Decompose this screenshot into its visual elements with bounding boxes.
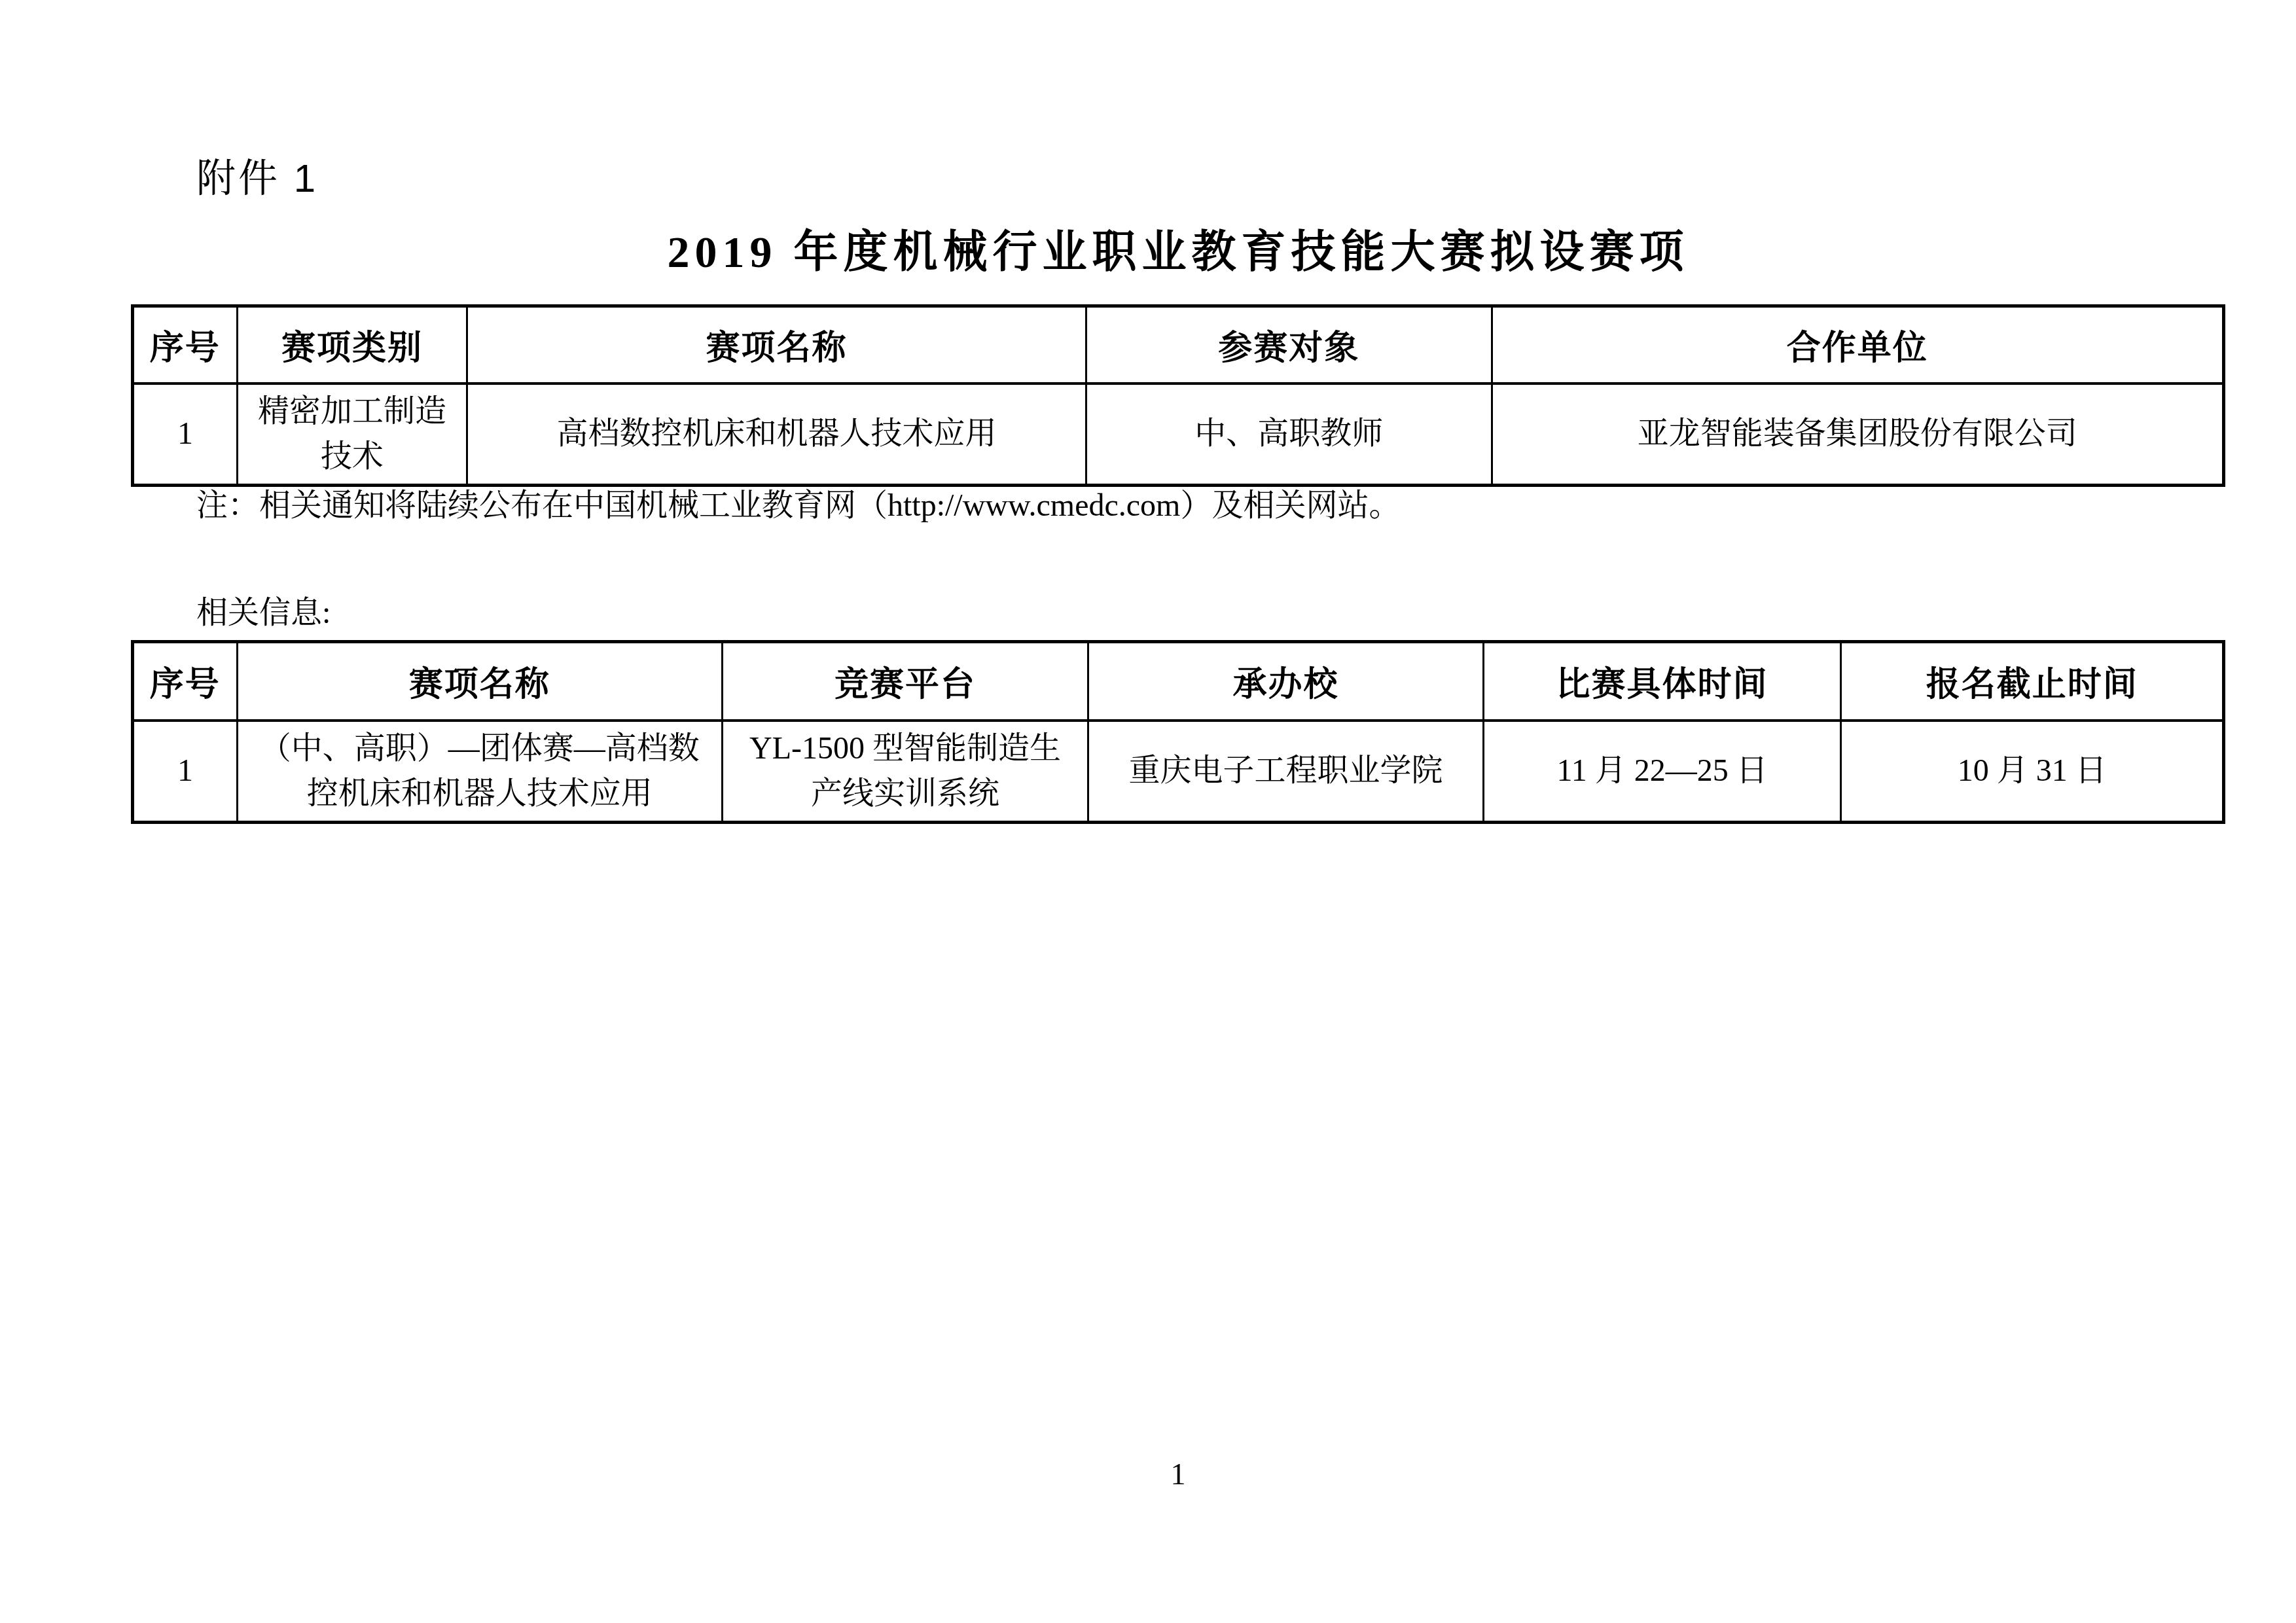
events-table-header-row: 序号 赛项类别 赛项名称 参赛对象 合作单位 — [133, 306, 2224, 383]
events-cell-index: 1 — [133, 383, 238, 486]
document-title: 2019 年度机械行业职业教育技能大赛拟设赛项 — [131, 228, 2225, 277]
note-text: 注：相关通知将陆续公布在中国机械工业教育网（http://www.cmedc.c… — [196, 486, 2225, 526]
events-header-index: 序号 — [133, 306, 238, 383]
events-table-row: 1 精密加工制造 技术 高档数控机床和机器人技术应用 中、高职教师 亚龙智能装备… — [133, 383, 2224, 486]
events-header-partner: 合作单位 — [1492, 306, 2223, 383]
info-header-event-name: 赛项名称 — [237, 642, 722, 721]
events-header-participants: 参赛对象 — [1086, 306, 1492, 383]
events-cell-participants: 中、高职教师 — [1086, 383, 1492, 486]
related-info-label: 相关信息: — [196, 593, 331, 633]
info-cell-registration-deadline: 10 月 31 日 — [1841, 721, 2224, 823]
info-cell-index: 1 — [133, 721, 238, 823]
events-table: 序号 赛项类别 赛项名称 参赛对象 合作单位 1 精密加工制造 技术 高档数控机… — [131, 304, 2225, 487]
info-cell-event-name: （中、高职）—团体赛—高档数 控机床和机器人技术应用 — [237, 721, 722, 823]
info-cell-platform: YL-1500 型智能制造生 产线实训系统 — [722, 721, 1088, 823]
info-header-index: 序号 — [133, 642, 238, 721]
events-cell-partner: 亚龙智能装备集团股份有限公司 — [1492, 383, 2223, 486]
info-header-host-school: 承办校 — [1088, 642, 1484, 721]
document-page: 附件 1 2019 年度机械行业职业教育技能大赛拟设赛项 序号 赛项类别 赛项名… — [0, 0, 2296, 1623]
info-table: 序号 赛项名称 竞赛平台 承办校 比赛具体时间 报名截止时间 1 （中、高职）—… — [131, 640, 2225, 824]
page-number: 1 — [131, 1457, 2225, 1491]
info-table-row: 1 （中、高职）—团体赛—高档数 控机床和机器人技术应用 YL-1500 型智能… — [133, 721, 2224, 823]
info-header-competition-time: 比赛具体时间 — [1483, 642, 1840, 721]
info-cell-host-school: 重庆电子工程职业学院 — [1088, 721, 1484, 823]
info-cell-competition-time: 11 月 22—25 日 — [1483, 721, 1840, 823]
attachment-label: 附件 1 — [196, 157, 318, 200]
events-header-event-name: 赛项名称 — [467, 306, 1086, 383]
events-cell-category: 精密加工制造 技术 — [237, 383, 467, 486]
info-header-registration-deadline: 报名截止时间 — [1841, 642, 2224, 721]
events-header-category: 赛项类别 — [237, 306, 467, 383]
info-table-header-row: 序号 赛项名称 竞赛平台 承办校 比赛具体时间 报名截止时间 — [133, 642, 2224, 721]
events-cell-event-name: 高档数控机床和机器人技术应用 — [467, 383, 1086, 486]
info-header-platform: 竞赛平台 — [722, 642, 1088, 721]
